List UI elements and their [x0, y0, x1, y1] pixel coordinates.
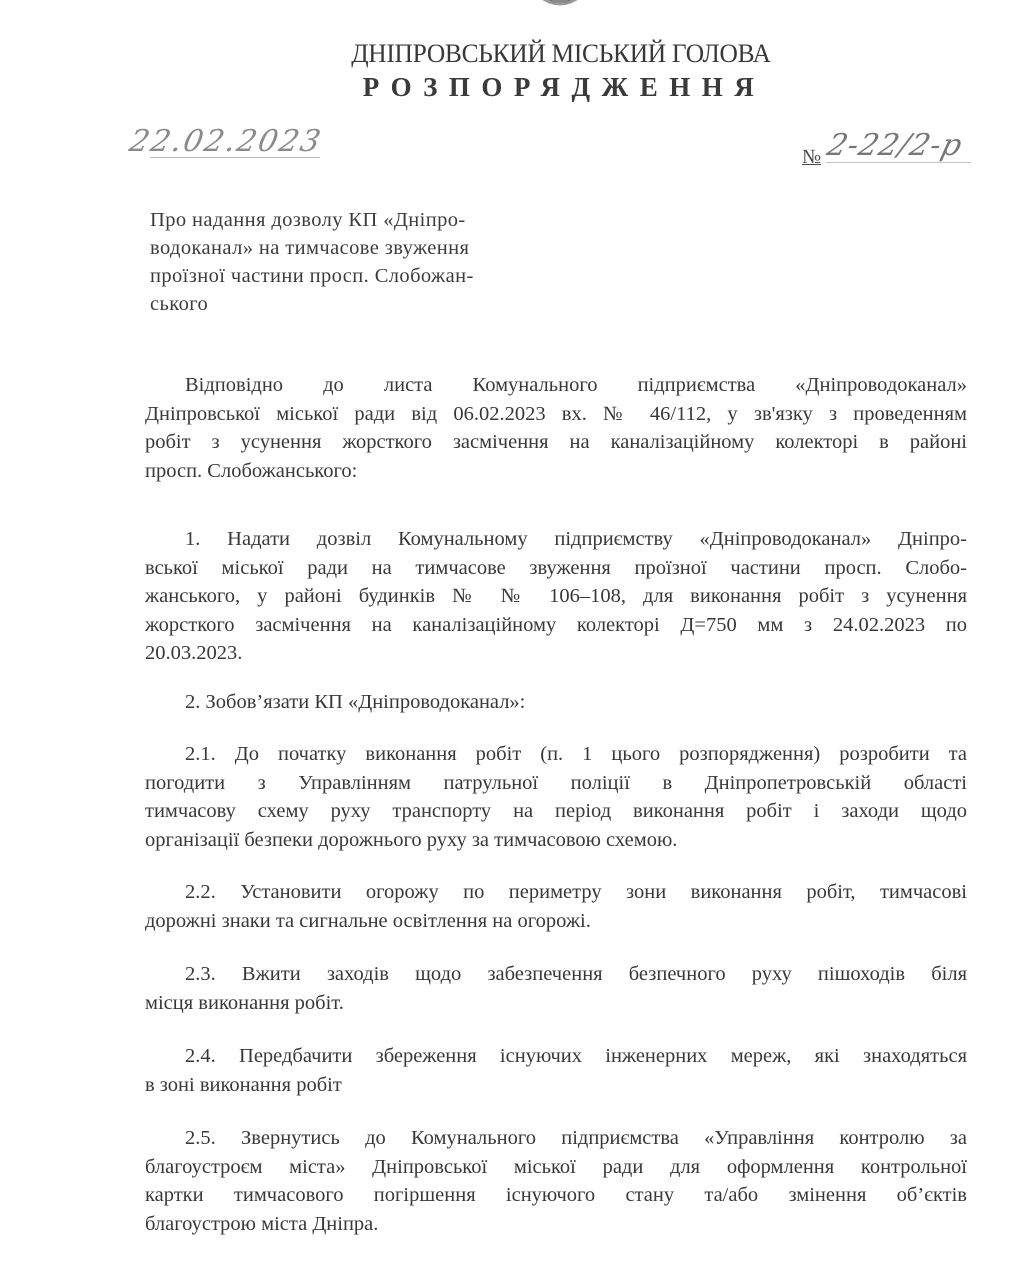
number-underline [826, 162, 971, 163]
number-label: № [802, 146, 821, 169]
text-line: 2.3. Вжити заходів щодо забезпечення без… [145, 960, 967, 989]
item-2-2-paragraph: 2.2. Установити огорожу по периметру зон… [145, 878, 967, 935]
issuing-authority: ДНІПРОВСЬКИЙ МІСЬКИЙ ГОЛОВА [22, 38, 1022, 69]
text-line: дорожні знаки та сигнальне освітлення на… [145, 907, 967, 936]
text-line: робіт з усунення жорсткого засмічення на… [145, 428, 967, 457]
text-line: вської міської ради на тимчасове звуженн… [145, 554, 967, 583]
text-line: просп. Слобожанського: [145, 457, 967, 486]
text-line: картки тимчасового погіршення існуючого … [145, 1181, 967, 1210]
text-line: 1. Надати дозвіл Комунальному підприємст… [145, 525, 967, 554]
handwritten-date: 22.02.2023 [126, 124, 325, 159]
item-1-paragraph: 1. Надати дозвіл Комунальному підприємст… [145, 525, 967, 668]
text-line: погодити з Управлінням патрульної поліці… [145, 769, 967, 798]
text-line: Дніпровської міської ради від 06.02.2023… [145, 400, 967, 429]
text-line: благоустрою міста Дніпра. [145, 1210, 967, 1239]
text-line: місця виконання робіт. [145, 989, 967, 1018]
item-2-4-paragraph: 2.4. Передбачити збереження існуючих інж… [145, 1042, 967, 1099]
subject-line: водоканал» на тимчасове звуження [150, 234, 528, 262]
text-line: тимчасову схему руху транспорту на періо… [145, 797, 967, 826]
text-line: 2.2. Установити огорожу по периметру зон… [145, 878, 967, 907]
preamble-paragraph: Відповідно до листа Комунального підприє… [145, 371, 967, 485]
date-underline [150, 157, 320, 158]
text-line: 2.4. Передбачити збереження існуючих інж… [145, 1042, 967, 1071]
subject-line: проїзної частини просп. Слобожан- [150, 262, 528, 290]
item-2-1-paragraph: 2.1. До початку виконання робіт (п. 1 ць… [145, 740, 967, 854]
text-line: жанського, у районі будинків № № 106–108… [145, 582, 967, 611]
text-line: організації безпеки дорожнього руху за т… [145, 826, 967, 855]
text-line: в зоні виконання робіт [145, 1071, 967, 1100]
text-line: 2.1. До початку виконання робіт (п. 1 ць… [145, 740, 967, 769]
handwritten-document-number: 2-22/2-р [824, 128, 967, 163]
document-type-title: РОЗПОРЯДЖЕННЯ [0, 72, 1022, 103]
coat-of-arms-emblem-icon [532, 0, 588, 18]
item-2-paragraph: 2. Зобов’язати КП «Дніпроводоканал»: [145, 688, 967, 717]
text-line: жорсткого засмічення на каналізаційному … [145, 611, 967, 640]
text-line: Відповідно до листа Комунального підприє… [145, 371, 967, 400]
text-line: 20.03.2023. [145, 639, 967, 668]
text-line: 2. Зобов’язати КП «Дніпроводоканал»: [145, 688, 967, 717]
document-subject: Про надання дозволу КП «Дніпро- водокана… [150, 206, 528, 318]
text-line: благоустроєм міста» Дніпровської міської… [145, 1153, 967, 1182]
subject-line: ського [150, 290, 528, 318]
text-line: 2.5. Звернутись до Комунального підприєм… [145, 1124, 967, 1153]
subject-line: Про надання дозволу КП «Дніпро- [150, 206, 528, 234]
item-2-3-paragraph: 2.3. Вжити заходів щодо забезпечення без… [145, 960, 967, 1017]
item-2-5-paragraph: 2.5. Звернутись до Комунального підприєм… [145, 1124, 967, 1238]
